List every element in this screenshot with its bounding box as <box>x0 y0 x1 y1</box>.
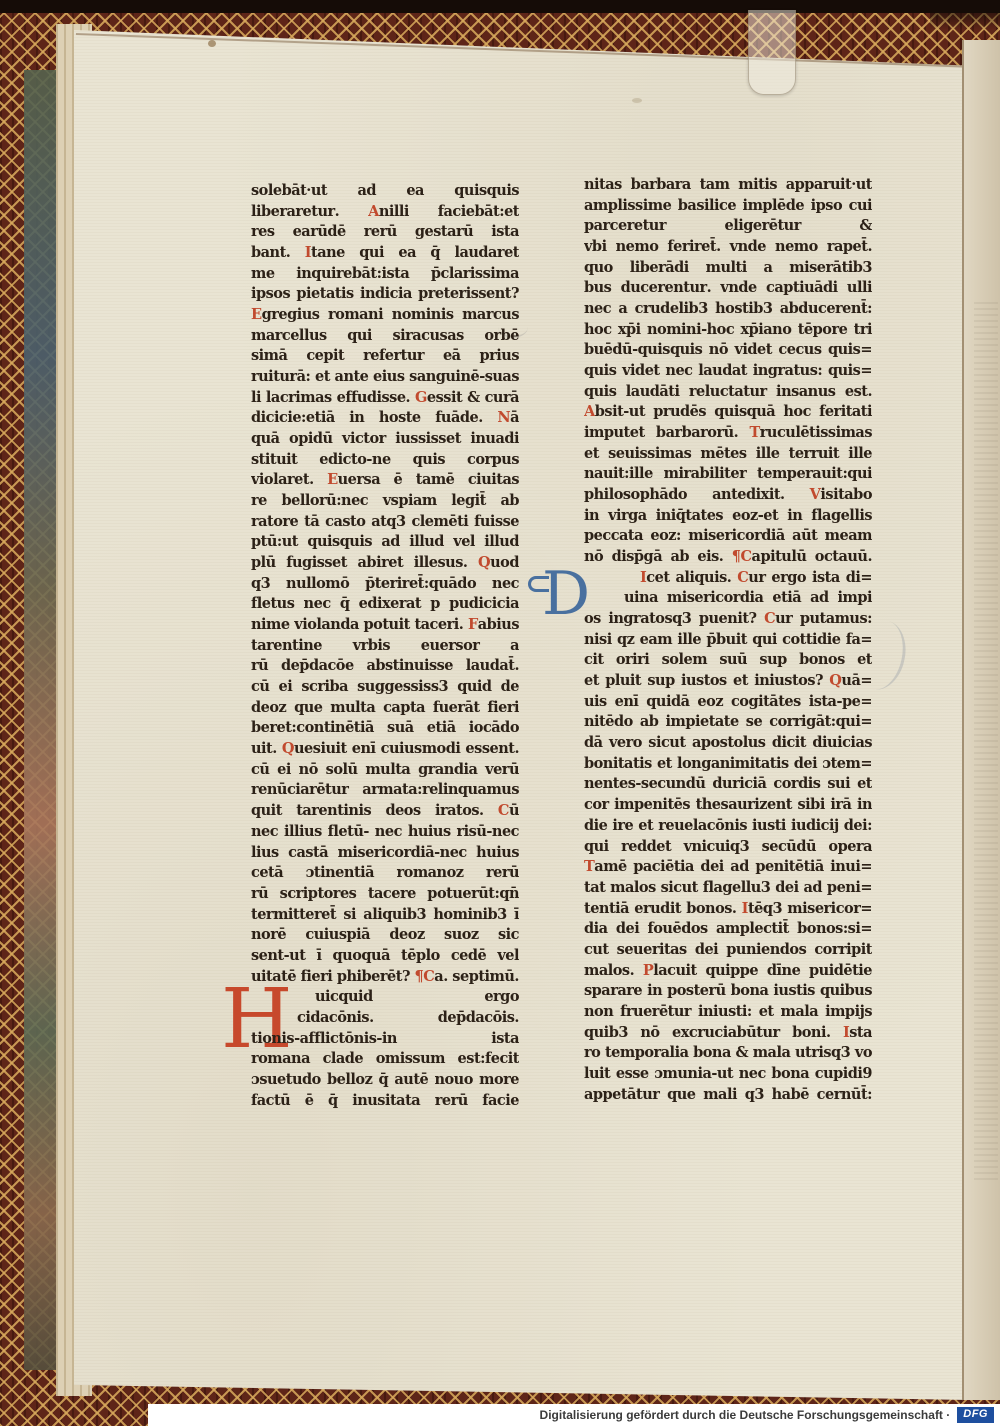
page-edge-right <box>962 40 1000 1400</box>
text-line: quis laudāti reluctatur insanus est. <box>584 382 872 403</box>
text-line: nauit:ille mirabiliter temperauit:qui <box>584 464 872 485</box>
text-line: simā cepit refertur eā prius fleuisse <box>251 346 519 367</box>
text-line: hoc xp̄i nomini-hoc xp̄iano tēpore tri <box>584 320 872 341</box>
text-line: nec illius fletū- nec huius risū-nec il= <box>251 822 519 843</box>
text-line: in virga iniq̄tates eoz-et in flagellis <box>584 506 872 527</box>
text-line: nō disp̄gā ab eis. ¶Capitulū octauū. <box>584 547 872 568</box>
text-line: qui reddet vnicuiq3 secūdū opera sua. <box>584 837 872 858</box>
text-line: lius castā misericordiā-nec huius fa= <box>251 843 519 864</box>
text-line: bus ducerentur. vnde captiuādi ulli <box>584 278 872 299</box>
text-line: re bellorū:nec vspiam legit̄ ab impe= <box>251 491 519 512</box>
text-line: tentiā erudit bonos. Itēq3 misericor= <box>584 899 872 920</box>
text-line: imputet barbarorū. Truculētissimas <box>584 423 872 444</box>
text-line: solebāt·ut ad ea quisquis cōfugisset <box>251 181 519 202</box>
credit-text: Digitalisierung gefördert durch die Deut… <box>540 1408 951 1422</box>
text-line: q3 nullomō p̄teriret̄:quādo nec eius <box>251 574 519 595</box>
text-line: stituit edicto-ne quis corpus liberum <box>251 450 519 471</box>
text-line: uicquid ergo vastacōis·tru= <box>251 987 519 1008</box>
text-line: sparare in posterū bona iustis quibus <box>584 981 872 1002</box>
text-line: renūciarētur armata:relinquamus in= <box>251 780 519 801</box>
text-line: quib3 nō excruciabūtur boni. Ista ve= <box>584 1023 872 1044</box>
text-line: uitatē fieri phiberēt? ¶Ca. septimū. <box>251 967 519 988</box>
text-line: ipsos pietatis indicia preterissent? <box>251 284 519 305</box>
right-text-column: nitas barbara tam mitis apparuit·utampli… <box>584 175 872 1105</box>
text-line: ratore tā casto atq3 clemēti fuisse p̄ce… <box>251 512 519 533</box>
text-line: luit esse ɔmunia-ut nec bona cupidi9 <box>584 1064 872 1085</box>
text-line: appetātur que mali q3 habē cernūt̄: <box>584 1085 872 1106</box>
text-line: tionis-afflictōnis-in ista recentissima <box>251 1029 519 1050</box>
text-line: quo liberādi multi a miserātib3 hosti= <box>584 258 872 279</box>
text-line: nitēdo ab impietate se corrigāt:qui= <box>584 712 872 733</box>
stain-spot <box>632 98 642 103</box>
text-line: rū dep̄dacōe abstinuisse laudat̄. Nā <box>251 656 519 677</box>
bookmark-tab <box>748 10 796 95</box>
text-line: cū ei nō solū multa grandia verū etia3 <box>251 760 519 781</box>
text-line: amplissime basilice implēde ipso cui <box>584 196 872 217</box>
manuscript-scan: H D solebāt·ut ad ea quisquis cōfugisset… <box>0 0 1000 1426</box>
text-line: quis videt nec laudat ingratus: quis= <box>584 361 872 382</box>
text-line: bant. Itane qui ea q̄ laudaret maxi= <box>251 243 519 264</box>
text-line: uis enī quidā eoz cogitātes ista-pe= <box>584 692 872 713</box>
text-line: Absit-ut prudēs quisquā hoc feritati <box>584 402 872 423</box>
text-line: marcellus qui siracusas orbē ornatis= <box>251 326 519 347</box>
text-line: buēdū-quisquis nō videt cecus quis= <box>584 340 872 361</box>
text-line: die ire et reuelacōnis iusti iudicij dei… <box>584 816 872 837</box>
left-text-column: solebāt·ut ad ea quisquis cōfugissetlibe… <box>251 181 519 1111</box>
binding-top-shadow <box>0 0 1000 13</box>
text-line: romana clade omissum est:fecit hoc <box>251 1049 519 1070</box>
text-line: violaret. Euersa ē tamē ciuitas mo= <box>251 470 519 491</box>
ink-speck <box>208 40 216 47</box>
text-line: sent-ut ī quoquā tēplo cedē vel capti= <box>251 946 519 967</box>
text-line: Icet aliquis. Cur ergo ista di= <box>584 568 872 589</box>
text-line: et pluit sup iustos et iniustos? Quā= <box>584 671 872 692</box>
text-line: ruiturā: et ante eius sanguinē-suas il= <box>251 367 519 388</box>
text-line: bonitatis et longanimitatis dei ɔtem= <box>584 754 872 775</box>
text-line: dā vero sicut apostolus dicit diuicias <box>584 733 872 754</box>
text-line: ɔsuetudo belloz q̄ autē nouo more <box>251 1070 519 1091</box>
text-line: cetā ɔtinentiā romanoz rerū gesta= <box>251 863 519 884</box>
text-line: malos. Placuit quippe dīne puidētie <box>584 961 872 982</box>
text-line: factū ē q̄ inusitata rerū facie imma= <box>251 1091 519 1112</box>
illuminated-page-edge <box>24 70 60 1370</box>
text-line: plū fugisset abiret illesus. Quod vti= <box>251 553 519 574</box>
text-line: Tamē paciētia dei ad penitētiā inui= <box>584 857 872 878</box>
digitization-credit-bar: Digitalisierung gefördert durch die Deut… <box>148 1404 1000 1426</box>
text-line: cit oriri solem suū sup bonos et malos <box>584 650 872 671</box>
text-line: tat malos sicut flagellu3 dei ad peni= <box>584 878 872 899</box>
text-line: quā opidū victor iussisset inuadi cō= <box>251 429 519 450</box>
text-line: ptū:ut quisquis ad illud vel illud tem= <box>251 532 519 553</box>
chapter-8-blue-initial: D <box>542 564 590 624</box>
text-line: et seuissimas mētes ille terruit ille fr… <box>584 444 872 465</box>
text-line: parceretur eligerētur & decernerētur: <box>584 216 872 237</box>
text-line: os ingratosq3 puenit? Cur putamus: <box>584 609 872 630</box>
text-line: uina misericordia etiā ad impi <box>584 588 872 609</box>
text-line: cidacōnis. dep̄dacōis. ɔcrema= <box>251 1008 519 1029</box>
text-line: cor impenitēs thesaurizent sibi irā in <box>584 795 872 816</box>
binding-top-corner-shadow <box>930 0 1000 30</box>
text-line: li lacrimas effudisse. Gessit & curā pu <box>251 388 519 409</box>
text-line: fletus nec q̄ edixerat p pudicicia mi= <box>251 594 519 615</box>
text-line: ro temporalia bona & mala utrisq3 vo <box>584 1043 872 1064</box>
text-line: res earūdē rerū gestarū ista retice= <box>251 222 519 243</box>
text-line: nec a crudelib3 hostib3 abducerent̄: <box>584 299 872 320</box>
text-line: dia dei fouēdos amplectit̄ bonos:si= <box>584 919 872 940</box>
text-line: nime violanda potuit taceri. Fabius <box>251 615 519 636</box>
dfg-logo: DFG <box>957 1407 994 1423</box>
text-line: vbi nemo feriret̄. vnde nemo rapet̄. <box>584 237 872 258</box>
text-line: uit. Quesiuit enī cuiusmodi essent. Et <box>251 739 519 760</box>
text-line: cū ei scriba suggessiss3 quid de signis <box>251 677 519 698</box>
text-line: quit tarentinis deos iratos. Cū igitur <box>251 801 519 822</box>
text-line: Egregius romani nominis marcus <box>251 305 519 326</box>
text-line: philosophādo antedixit. Visitabo <box>584 485 872 506</box>
text-line: norē cuiuspiā deoz suoz sic pepercis= <box>251 925 519 946</box>
text-line: termitteret̄ si aliquib3 hominib3 ī ho= <box>251 905 519 926</box>
text-line: dicicie:etiā in hoste fuāde. Nā prius <box>251 408 519 429</box>
text-line: me inquirebāt:ista p̄clarissima scd̄m <box>251 264 519 285</box>
text-line: nisi qz eam ille p̄buit qui cottidie fa= <box>584 630 872 651</box>
text-line: rū scriptores tacere potuerūt:qn̄ pre= <box>251 884 519 905</box>
text-line: nentes-secundū duriciā cordis sui et <box>584 774 872 795</box>
text-line: deoz que multa capta fuerāt fieri iu= <box>251 698 519 719</box>
text-line: peccata eoz: misericordiā aūt meam <box>584 526 872 547</box>
text-line: non fruerētur iniusti: et mala impijs <box>584 1002 872 1023</box>
text-line: beret:continētiā suā etiā iocādo cōdi= <box>251 718 519 739</box>
text-line: liberaretur. Anilli faciebāt:et scripto= <box>251 202 519 223</box>
text-line: tarentine vrbis euersor a simulacro= <box>251 636 519 657</box>
text-line: cut seueritas dei puniendos corripit <box>584 940 872 961</box>
text-line: nitas barbara tam mitis apparuit·ut <box>584 175 872 196</box>
